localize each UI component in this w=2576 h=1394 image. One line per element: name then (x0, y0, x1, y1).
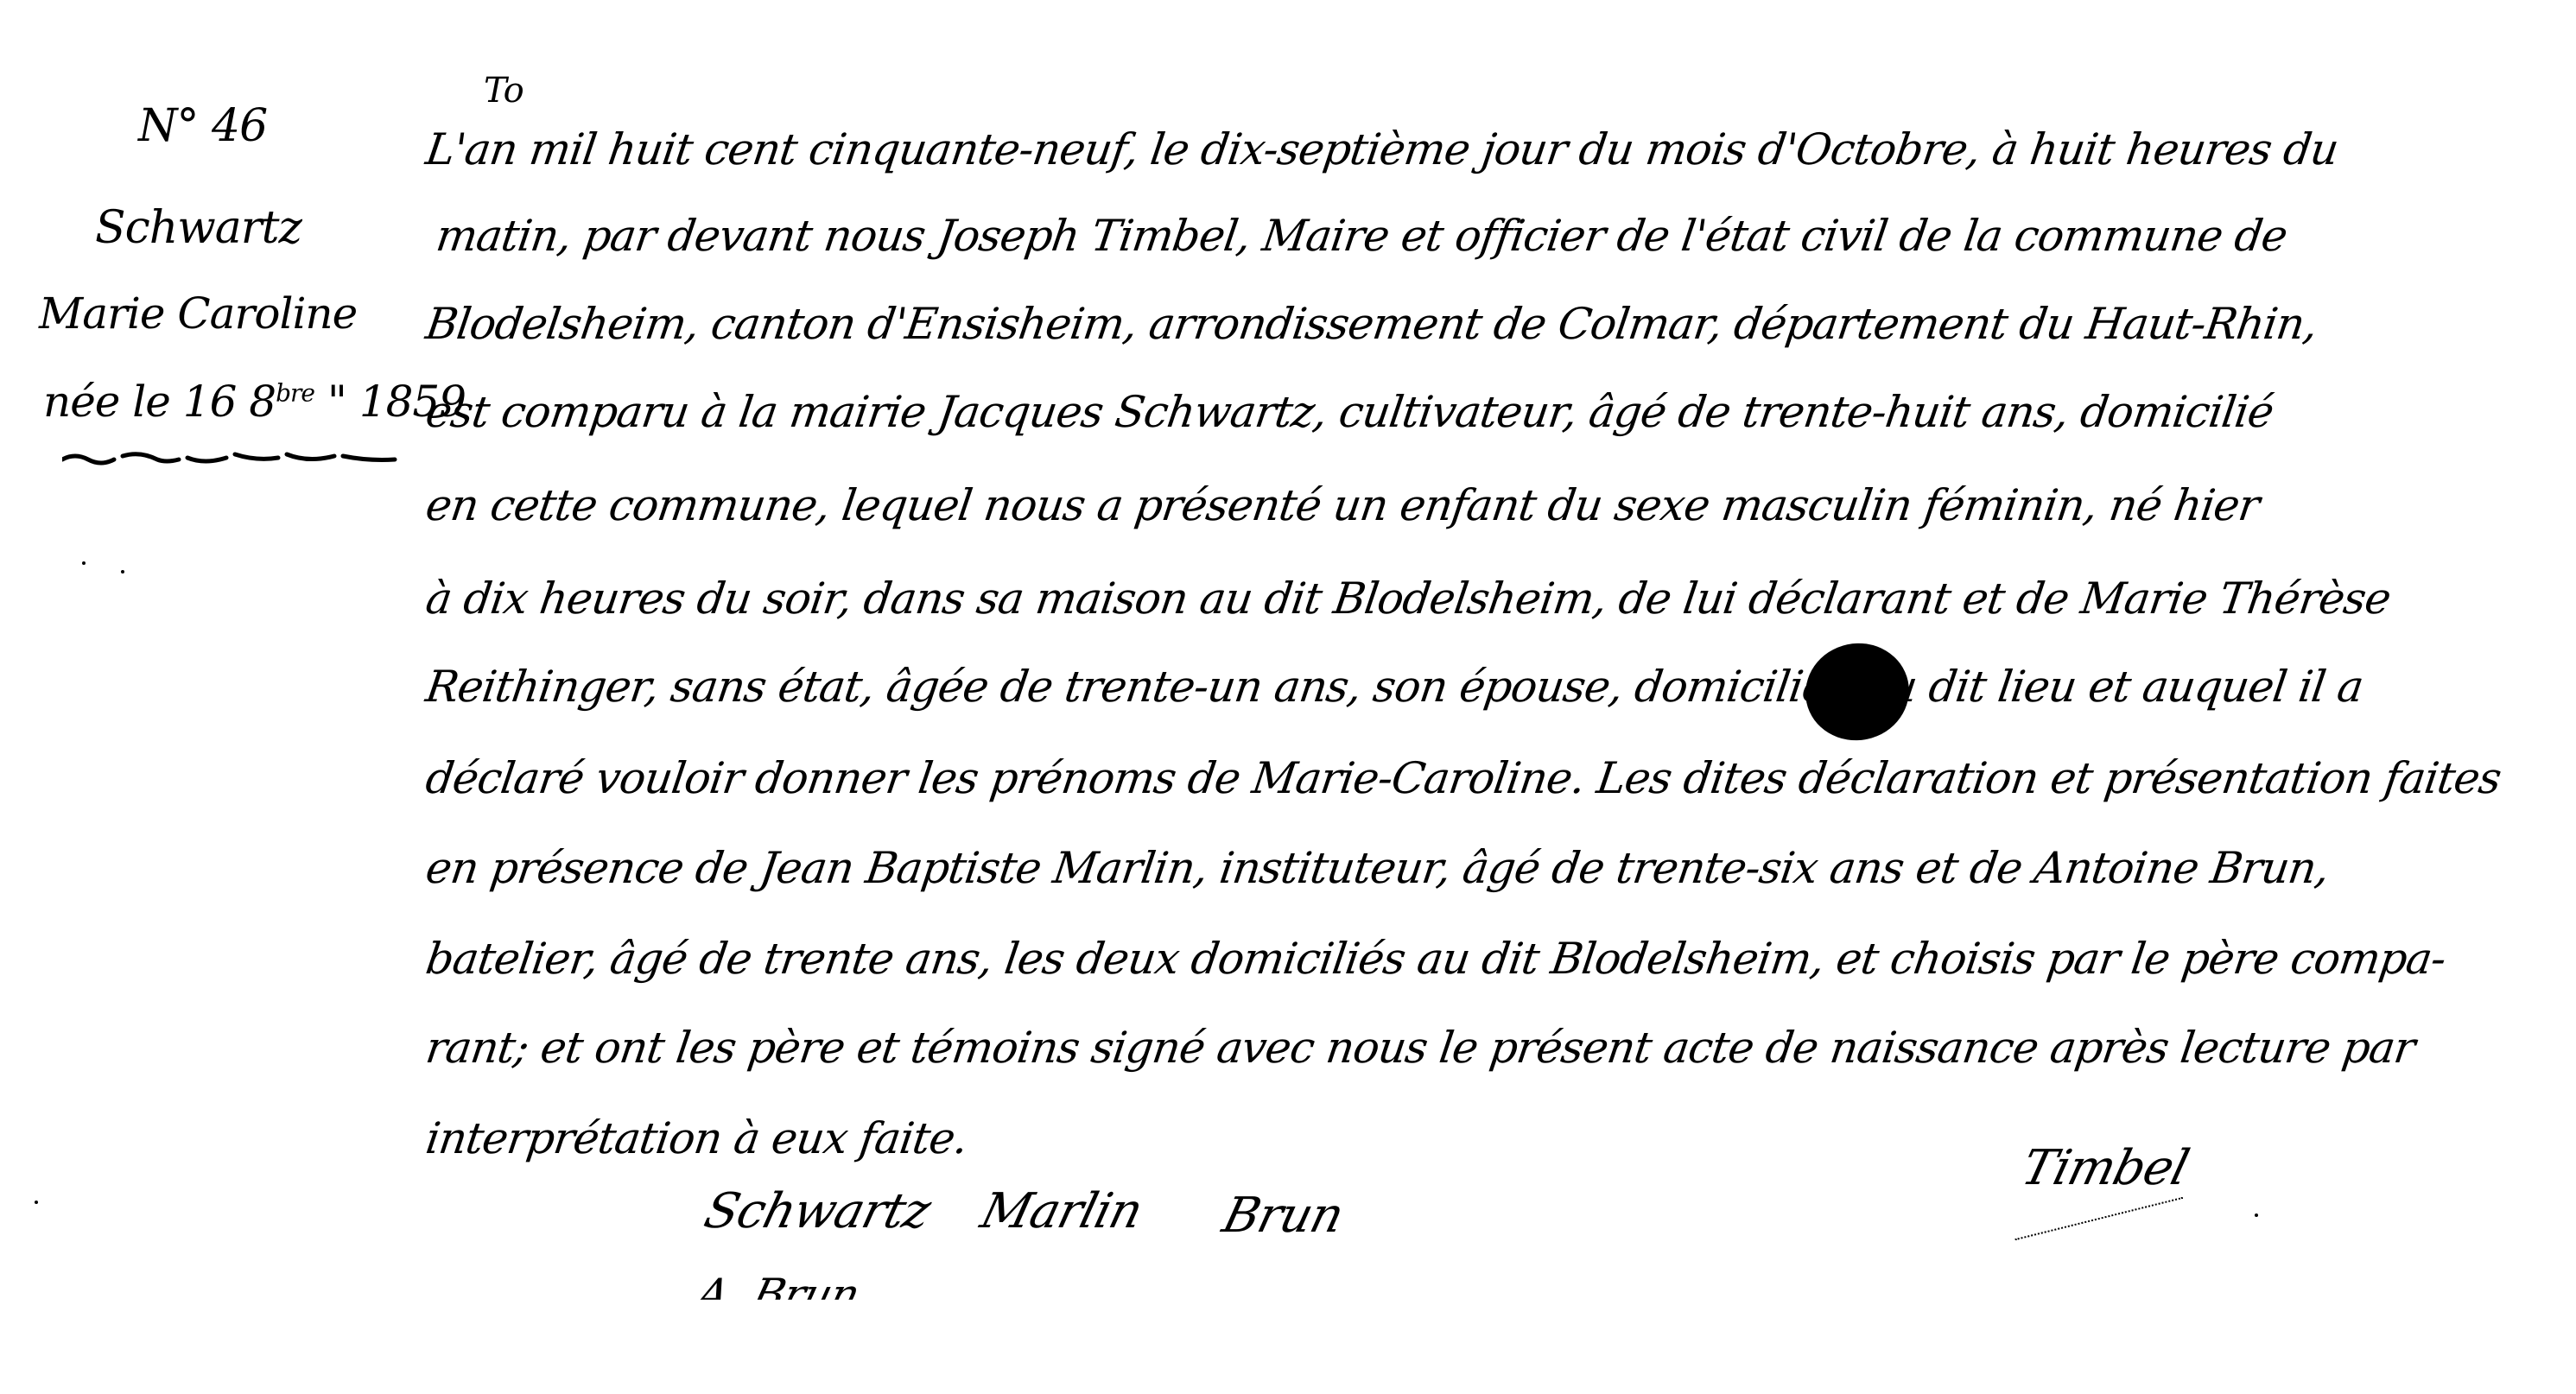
paper-speck (82, 561, 86, 565)
wavy-flourish-icon (62, 447, 399, 468)
paper-speck (2255, 1213, 2258, 1217)
body-line: Blodelsheim, canton d'Ensisheim, arrondi… (423, 302, 2319, 345)
body-line: en présence de Jean Baptiste Marlin, ins… (423, 846, 2332, 890)
paper-speck (35, 1201, 38, 1204)
signature-mayor: Timbel (2017, 1144, 2192, 1193)
margin-surname: Schwartz (95, 206, 301, 250)
signature-witness-2: Brun (1218, 1192, 1348, 1240)
body-line: interprétation à eux faite. (423, 1117, 970, 1160)
body-line: batelier, âgé de trente ans, les deux do… (423, 937, 2448, 980)
born-day: 16 (183, 377, 237, 427)
born-ditto: " (327, 377, 346, 427)
body-line: à dix heures du soir, dans sa maison au … (423, 577, 2393, 620)
body-line: en cette commune, lequel nous a présenté… (423, 484, 2262, 527)
paper-speck (121, 570, 124, 573)
record-number-label: N° (138, 100, 199, 152)
born-month: 8 (249, 377, 276, 427)
body-line: est comparu à la mairie Jacques Schwartz… (423, 390, 2275, 434)
body-line: déclaré vouloir donner les prénoms de Ma… (423, 757, 2503, 800)
margin-column: N° 46 Schwartz Marie Caroline née le 16 … (0, 0, 415, 1394)
born-prefix: née le (43, 377, 170, 427)
body-line: rant; et ont les père et témoins signé a… (423, 1026, 2417, 1069)
body-line: matin, par devant nous Joseph Timbel, Ma… (434, 214, 2289, 257)
born-month-suffix: bre (276, 378, 314, 407)
record-number-value: 46 (212, 100, 267, 152)
record-number: N° 46 (138, 104, 267, 149)
signature-father: Schwartz (700, 1188, 935, 1236)
body-line: L'an mil huit cent cinquante-neuf, le di… (423, 128, 2341, 171)
body-line: Reithinger, sans état, âgée de trente-un… (423, 665, 2366, 708)
margin-given-names: Marie Caroline (39, 292, 357, 335)
margin-birth-date: née le 16 8bre " 1859 (43, 380, 466, 423)
signature-witness-1: Marlin (976, 1188, 1146, 1236)
document-page: N° 46 Schwartz Marie Caroline née le 16 … (0, 0, 2576, 1394)
